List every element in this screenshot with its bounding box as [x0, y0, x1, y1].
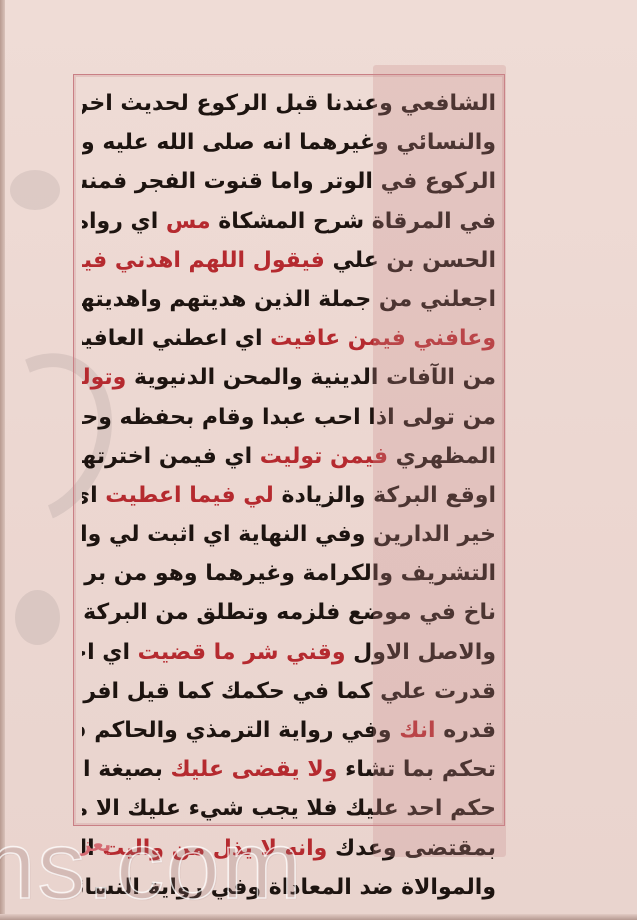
body-text: وفي رواية الترمذي والحاكم فانك: [82, 718, 399, 743]
rubric-text: وتولني: [82, 365, 126, 390]
body-text: اي اعطني العافية فيمن عافيتهم: [82, 326, 270, 351]
body-text: بصيغة المجهول اي لا يقع: [82, 757, 171, 782]
rubric-text: مس: [166, 209, 211, 234]
manuscript-page: الشافعي وعندنا قبل الركوع لحديث اخرجه اب…: [0, 0, 637, 920]
rubric-text: لي فيما اعطيت: [105, 483, 274, 508]
page-bottom-edge: [0, 914, 637, 920]
show-through-stain: [15, 590, 60, 645]
manuscript-line: والموالاة ضد المعاداة وفي رواية النسائي …: [82, 868, 496, 907]
body-text: اي فيما اعطيتني من: [82, 483, 105, 508]
rubric-text: وقني شر ما قضيت: [138, 640, 346, 665]
rubric-text: ولا يقضى عليك: [171, 757, 338, 782]
body-text: اي احفظني سوء ما: [82, 640, 138, 665]
rubric-text: فيقول اللهم اهدني فيمن هديت: [82, 248, 325, 273]
body-text: اي فيمن اخترتهم بالولاء: [82, 444, 260, 469]
rubric-text: فيمن توليت: [260, 444, 388, 469]
show-through-stain: [10, 170, 60, 210]
body-text: والموالاة ضد المعاداة وفي رواية النسائي …: [82, 875, 496, 900]
rubric-text: وانه لا يذل من واليت: [102, 836, 327, 861]
catchword: يعز: [80, 832, 111, 856]
watermark-overlay-panel: [373, 65, 506, 857]
body-text: اي رواه الحاكم عن: [82, 209, 166, 234]
